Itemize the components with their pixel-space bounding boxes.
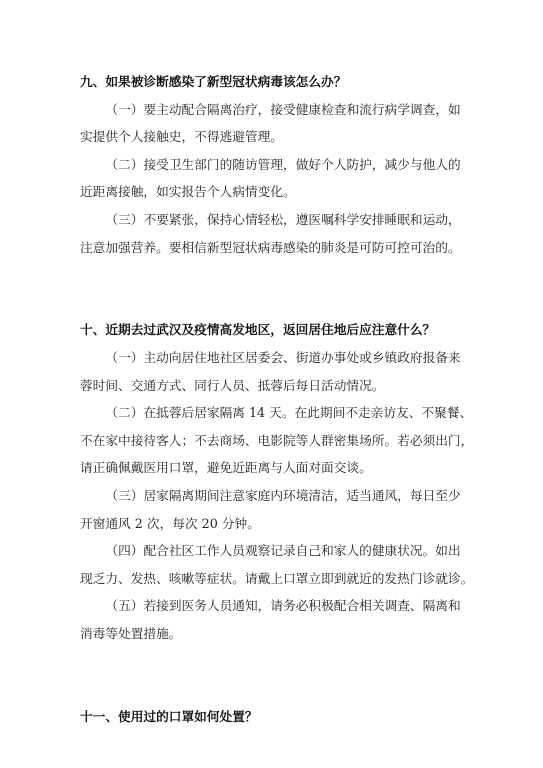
paragraph: （五）若接到医务人员通知，请务必积极配合相关调查、隔离和 消毒等处置措施。 xyxy=(80,592,461,647)
text-line: （二）在抵蓉后居家隔离 14 天。在此期间不走亲访友、不聚餐、 xyxy=(80,399,461,427)
paragraph: （二）接受卫生部门的随访管理，做好个人防护，减少与他人的 近距离接触，如实报告个… xyxy=(80,151,461,206)
text-line: （二）接受卫生部门的随访管理，做好个人防护，减少与他人的 xyxy=(80,151,461,179)
section-9: 九、如果被诊断感染了新型冠状病毒该怎么办？ （一）要主动配合隔离治疗，接受健康检… xyxy=(80,68,461,261)
section-heading: 十一、使用过的口罩如何处置？ xyxy=(80,703,461,731)
text-line: 不在家中接待客人；不去商场、电影院等人群密集场所。若必须出门， xyxy=(80,427,461,455)
text-line: （三）居家隔离期间注意家庭内环境清洁，适当通风，每日至少 xyxy=(80,482,461,510)
paragraph: （三）不要紧张，保持心情轻松，遵医嘱科学安排睡眠和运动， 注意加强营养。要相信新… xyxy=(80,206,461,261)
paragraph: （三）居家隔离期间注意家庭内环境清洁，适当通风，每日至少 开窗通风 2 次，每次… xyxy=(80,482,461,537)
section-11: 十一、使用过的口罩如何处置？ xyxy=(80,703,461,731)
section-10: 十、近期去过武汉及疫情高发地区，返回居住地后应注意什么？ （一）主动向居住地社区… xyxy=(80,316,461,647)
text-line: （三）不要紧张，保持心情轻松，遵医嘱科学安排睡眠和运动， xyxy=(80,206,461,234)
document-page: 九、如果被诊断感染了新型冠状病毒该怎么办？ （一）要主动配合隔离治疗，接受健康检… xyxy=(80,68,461,730)
section-heading: 九、如果被诊断感染了新型冠状病毒该怎么办？ xyxy=(80,68,461,96)
text-line: 开窗通风 2 次，每次 20 分钟。 xyxy=(80,510,461,538)
paragraph: （二）在抵蓉后居家隔离 14 天。在此期间不走亲访友、不聚餐、 不在家中接待客人… xyxy=(80,399,461,482)
text-line: 请正确佩戴医用口罩，避免近距离与人面对面交谈。 xyxy=(80,454,461,482)
text-line: （四）配合社区工作人员观察记录自己和家人的健康状况。如出 xyxy=(80,537,461,565)
section-spacer xyxy=(80,261,461,316)
text-line: 蓉时间、交通方式、同行人员、抵蓉后每日活动情况。 xyxy=(80,372,461,400)
paragraph: （四）配合社区工作人员观察记录自己和家人的健康状况。如出 现乏力、发热、咳嗽等症… xyxy=(80,537,461,592)
text-line: 现乏力、发热、咳嗽等症状。请戴上口罩立即到就近的发热门诊就诊。 xyxy=(80,565,461,593)
text-line: 实提供个人接触史，不得逃避管理。 xyxy=(80,123,461,151)
section-heading: 十、近期去过武汉及疫情高发地区，返回居住地后应注意什么？ xyxy=(80,316,461,344)
text-line: 注意加强营养。要相信新型冠状病毒感染的肺炎是可防可控可治的。 xyxy=(80,234,461,262)
paragraph: （一）主动向居住地社区居委会、街道办事处或乡镇政府报备来 蓉时间、交通方式、同行… xyxy=(80,344,461,399)
text-line: （五）若接到医务人员通知，请务必积极配合相关调查、隔离和 xyxy=(80,592,461,620)
text-line: （一）主动向居住地社区居委会、街道办事处或乡镇政府报备来 xyxy=(80,344,461,372)
text-line: 近距离接触，如实报告个人病情变化。 xyxy=(80,178,461,206)
text-line: （一）要主动配合隔离治疗，接受健康检查和流行病学调查，如 xyxy=(80,96,461,124)
section-spacer xyxy=(80,647,461,702)
paragraph: （一）要主动配合隔离治疗，接受健康检查和流行病学调查，如 实提供个人接触史，不得… xyxy=(80,96,461,151)
text-line: 消毒等处置措施。 xyxy=(80,620,461,648)
